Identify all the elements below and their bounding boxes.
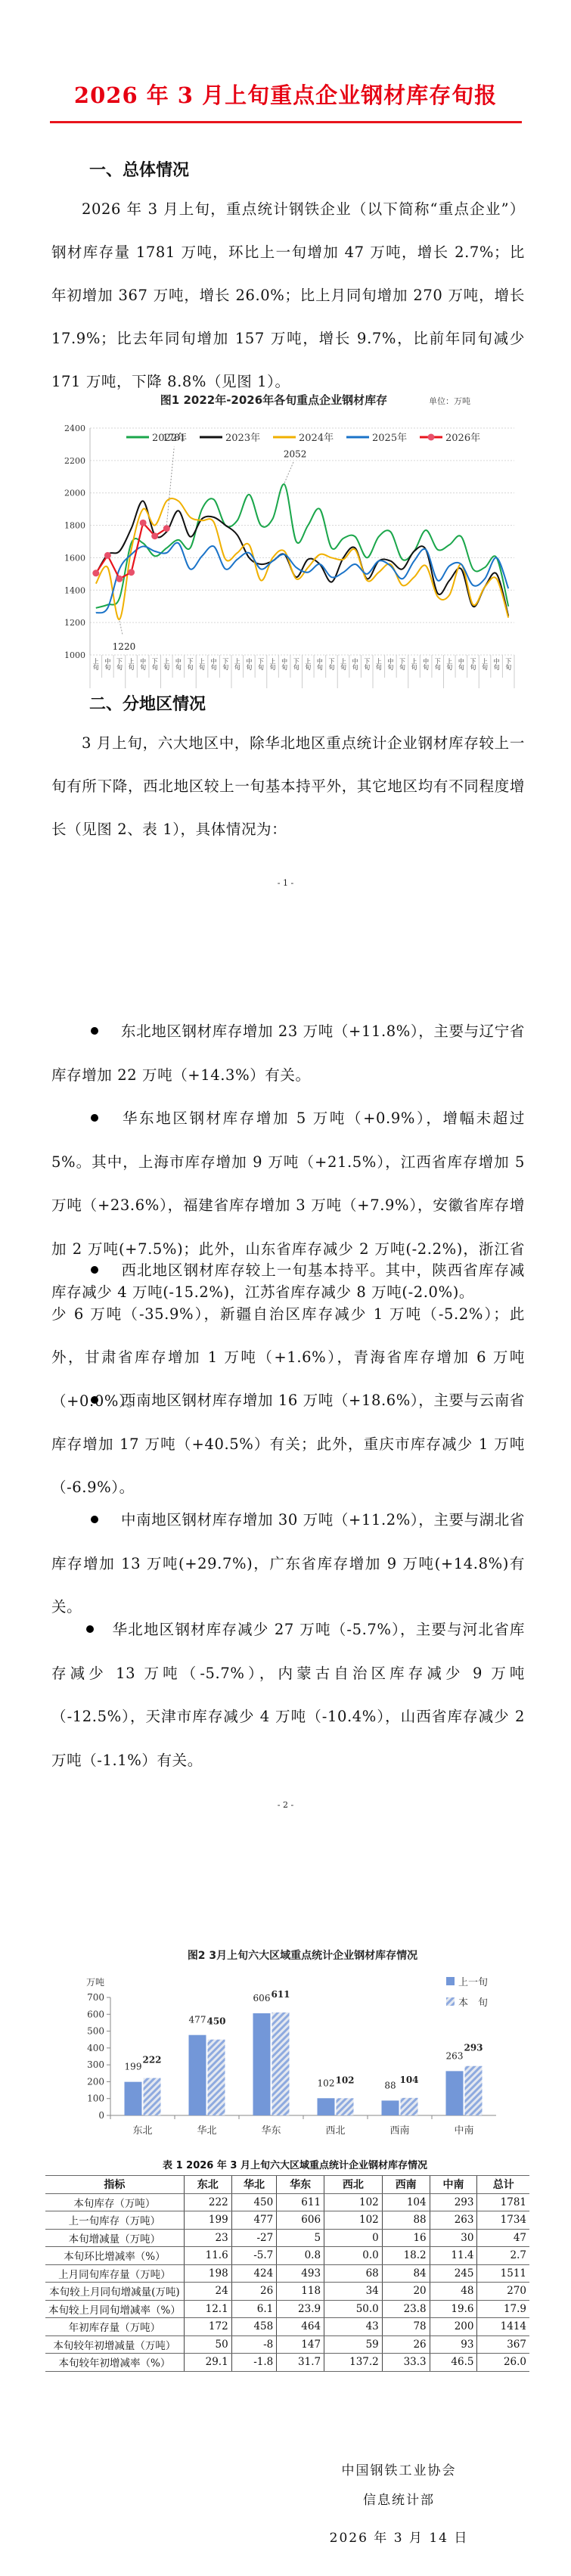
- x-sub-label: 上旬: [128, 657, 135, 670]
- x-sub-label: 下旬: [187, 658, 194, 670]
- table-cell: 12.1: [184, 2300, 231, 2318]
- table-cell: 93: [430, 2335, 477, 2354]
- y-tick-label: 200: [87, 2076, 104, 2087]
- y-tick-label: 1000: [64, 650, 85, 660]
- table-cell: 23.8: [382, 2300, 430, 2318]
- data-marker: [92, 570, 99, 576]
- x-sub-label: 上旬: [482, 657, 489, 670]
- annotation-label: 1220: [113, 641, 136, 652]
- section-heading-regional: 二、分地区情况: [89, 691, 206, 715]
- table-cell: 1781: [477, 2193, 529, 2211]
- table-cell: 50.0: [324, 2300, 383, 2318]
- table-cell: 31.7: [277, 2354, 324, 2372]
- table-cell: 611: [277, 2193, 324, 2211]
- figure-2-bar-chart: 图2 3月上旬六大区域重点统计企业钢材库存情况万吨010020030040050…: [76, 1944, 529, 2155]
- table-cell: 30: [430, 2229, 477, 2247]
- x-sub-label: 中旬: [175, 657, 182, 670]
- table-cell: 78: [382, 2318, 430, 2336]
- table-row: 本旬较上月同旬增减率（%）12.16.123.950.023.819.617.9: [45, 2300, 529, 2318]
- table-cell: 270: [477, 2283, 529, 2301]
- figure-1-line-chart: 图1 2022年-2026年各旬重点企业钢材库存单位：万吨10001200140…: [47, 371, 528, 688]
- table-cell: 19.6: [430, 2300, 477, 2318]
- table-cell: 26: [382, 2335, 430, 2354]
- table-row: 本旬环比增减率（%）11.6-5.70.80.018.211.42.7: [45, 2247, 529, 2265]
- x-sub-label: 中旬: [493, 657, 500, 670]
- table-header-row: 指标 东北 华北 华东 西北 西南 中南 总计: [45, 2176, 529, 2194]
- table-cell: 88: [382, 2211, 430, 2230]
- x-sub-label: 上旬: [92, 657, 99, 670]
- bar-previous: [446, 2071, 464, 2115]
- data-marker: [163, 525, 170, 532]
- y-tick-label: 100: [87, 2093, 104, 2104]
- bullet-northeast: 东北地区钢材库存增加 23 万吨（+11.8%），主要与辽宁省库存增加 22 万…: [51, 1010, 525, 1097]
- x-sub-label: 上旬: [411, 657, 417, 670]
- annotation-label: 2052: [284, 449, 307, 460]
- y-tick-label: 1200: [64, 618, 85, 628]
- bar-value-label: 611: [271, 1989, 290, 2000]
- row-label: 本旬较年初增减量（万吨）: [45, 2335, 184, 2354]
- bar-value-label: 450: [206, 2016, 225, 2027]
- table-cell: 26: [231, 2283, 277, 2301]
- bar-current: [208, 2040, 225, 2115]
- y-tick-label: 0: [98, 2110, 104, 2121]
- row-label: 上月同旬库存量（万吨）: [45, 2264, 184, 2283]
- bar-previous: [253, 2013, 271, 2115]
- unit-label: 单位：万吨: [429, 396, 470, 406]
- bullet-north: 华北地区钢材库存减少 27 万吨（-5.7%），主要与河北省库存减少 13 万吨…: [51, 1608, 525, 1782]
- bar-previous: [318, 2098, 335, 2115]
- col-header: 西南: [382, 2176, 430, 2194]
- table-cell: 606: [277, 2211, 324, 2230]
- bar-current: [337, 2098, 354, 2115]
- category-label: 中南: [454, 2124, 473, 2137]
- table-cell: 1511: [477, 2264, 529, 2283]
- table-row: 本旬较上月同旬增减量(万吨)2426118342048270: [45, 2283, 529, 2301]
- x-sub-label: 中旬: [316, 657, 323, 670]
- legend-label: 2022年: [152, 432, 187, 444]
- x-sub-label: 上旬: [269, 657, 276, 670]
- data-marker: [151, 532, 158, 539]
- table-cell: 102: [324, 2211, 383, 2230]
- x-sub-label: 下旬: [222, 658, 229, 670]
- table-cell: 118: [277, 2283, 324, 2301]
- signature-date: 2026 年 3 月 14 日: [227, 2527, 571, 2546]
- table-cell: -27: [231, 2229, 277, 2247]
- table-cell: 104: [382, 2193, 430, 2211]
- annotation-leader: [284, 462, 293, 483]
- table-cell: 34: [324, 2283, 383, 2301]
- x-sub-label: 上旬: [199, 657, 206, 670]
- table-row: 本旬较年初增减率（%）29.1-1.831.7137.233.346.526.0: [45, 2354, 529, 2372]
- table-cell: 477: [231, 2211, 277, 2230]
- category-label: 西北: [325, 2125, 345, 2137]
- signature-department: 信息统计部: [227, 2489, 571, 2508]
- col-header: 中南: [430, 2176, 477, 2194]
- table-cell: 198: [184, 2264, 231, 2283]
- x-sub-label: 下旬: [364, 658, 371, 670]
- bar-current: [465, 2066, 483, 2115]
- legend-label: 上一旬: [458, 1977, 488, 1988]
- y-tick-label: 2400: [64, 424, 85, 433]
- chart-title: 图1 2022年-2026年各旬重点企业钢材库存: [160, 393, 387, 407]
- signature-organization: 中国钢铁工业协会: [227, 2460, 571, 2478]
- bullet-icon: [91, 1114, 98, 1122]
- table-cell: 263: [430, 2211, 477, 2230]
- annotation-leader: [166, 447, 174, 526]
- category-label: 西南: [389, 2124, 409, 2137]
- table-cell: 102: [324, 2193, 383, 2211]
- x-sub-label: 上旬: [446, 657, 453, 670]
- bar-previous: [382, 2100, 399, 2115]
- table-cell: 137.2: [324, 2354, 383, 2372]
- table-cell: 33.3: [382, 2354, 430, 2372]
- regional-intro-paragraph: 3 月上旬，六大地区中，除华北地区重点统计企业钢材库存较上一旬有所下降，西北地区…: [51, 722, 525, 851]
- table-row: 上一旬库存（万吨）199477606102882631734: [45, 2211, 529, 2230]
- table-cell: 450: [231, 2193, 277, 2211]
- table-cell: 23: [184, 2229, 231, 2247]
- bar-current: [401, 2098, 418, 2115]
- x-sub-label: 下旬: [505, 658, 512, 670]
- row-label: 本旬库存（万吨）: [45, 2193, 184, 2211]
- y-tick-label: 2000: [64, 489, 85, 498]
- table-cell: -8: [231, 2335, 277, 2354]
- row-label: 本旬较年初增减率（%）: [45, 2354, 184, 2372]
- table-cell: 245: [430, 2264, 477, 2283]
- table-cell: 172: [184, 2318, 231, 2336]
- table-cell: 48: [430, 2283, 477, 2301]
- legend-swatch: [446, 1997, 455, 2006]
- table-cell: 11.6: [184, 2247, 231, 2265]
- col-header: 华北: [231, 2176, 277, 2194]
- bar-value-label: 477: [189, 2015, 206, 2025]
- table-cell: 0.0: [324, 2247, 383, 2265]
- y-tick-label: 700: [87, 1992, 104, 2003]
- x-sub-label: 下旬: [434, 658, 441, 670]
- y-tick-label: 1600: [64, 553, 85, 563]
- table-cell: 0.8: [277, 2247, 324, 2265]
- table-row: 年初库存量（万吨）17245846443782001414: [45, 2318, 529, 2336]
- x-sub-label: 上旬: [163, 657, 170, 670]
- table-cell: 17.9: [477, 2300, 529, 2318]
- table-cell: 147: [277, 2335, 324, 2354]
- bar-previous: [189, 2035, 206, 2115]
- series-line-2024: [96, 498, 508, 619]
- x-sub-label: 中旬: [423, 657, 430, 670]
- x-sub-label: 下旬: [257, 658, 264, 670]
- legend-label: 2024年: [299, 432, 334, 444]
- bullet-icon: [86, 1625, 94, 1633]
- x-sub-label: 下旬: [151, 658, 158, 670]
- table-row: 本旬增减量（万吨）23-2750163047: [45, 2229, 529, 2247]
- bar-value-label: 293: [464, 2043, 483, 2053]
- category-label: 华东: [261, 2124, 281, 2137]
- table-cell: 20: [382, 2283, 430, 2301]
- table-cell: 50: [184, 2335, 231, 2354]
- table-cell: 16: [382, 2229, 430, 2247]
- table-1-title: 表 1 2026 年 3 月上旬六大区域重点统计企业钢材库存情况: [61, 2157, 529, 2171]
- title-divider: [50, 121, 522, 123]
- bullet-icon: [91, 1027, 98, 1035]
- x-sub-label: 中旬: [352, 657, 358, 670]
- table-cell: 18.2: [382, 2247, 430, 2265]
- x-sub-label: 中旬: [246, 657, 253, 670]
- x-sub-label: 上旬: [305, 657, 312, 670]
- category-label: 华北: [197, 2124, 216, 2137]
- table-cell: 2.7: [477, 2247, 529, 2265]
- table-cell: 367: [477, 2335, 529, 2354]
- y-tick-label: 1400: [64, 585, 85, 595]
- x-sub-label: 中旬: [387, 657, 394, 670]
- table-cell: 458: [231, 2318, 277, 2336]
- category-label: 东北: [132, 2125, 152, 2137]
- legend-marker: [428, 434, 435, 441]
- x-sub-label: 中旬: [210, 657, 217, 670]
- x-sub-label: 下旬: [470, 658, 476, 670]
- x-sub-label: 上旬: [234, 657, 241, 670]
- table-cell: 1734: [477, 2211, 529, 2230]
- col-header: 东北: [184, 2176, 231, 2194]
- x-sub-label: 中旬: [104, 657, 111, 670]
- legend-label: 2026年: [445, 432, 480, 444]
- y-tick-label: 400: [87, 2043, 104, 2053]
- table-cell: 29.1: [184, 2354, 231, 2372]
- x-sub-label: 下旬: [328, 658, 335, 670]
- document-title: 2026 年 3 月上旬重点企业钢材库存旬报: [0, 79, 571, 110]
- col-header: 总计: [477, 2176, 529, 2194]
- bullet-southwest: 西南地区钢材库存增加 16 万吨（+18.6%），主要与云南省库存增加 17 万…: [51, 1379, 525, 1510]
- table-cell: 68: [324, 2264, 383, 2283]
- data-marker: [116, 576, 123, 582]
- x-sub-label: 中旬: [458, 657, 464, 670]
- y-tick-label: 300: [87, 2059, 104, 2070]
- legend-label: 2023年: [225, 432, 260, 444]
- series-line-2022: [96, 484, 508, 608]
- table-cell: 0: [324, 2229, 383, 2247]
- bar-current: [272, 2013, 290, 2115]
- legend-swatch: [446, 1977, 455, 1985]
- page-number-2: - 2 -: [0, 1800, 571, 1810]
- table-cell: 84: [382, 2264, 430, 2283]
- series-line-2025: [96, 543, 508, 613]
- y-tick-label: 500: [87, 2026, 104, 2037]
- bar-value-label: 88: [384, 2080, 396, 2090]
- legend-label: 2025年: [372, 432, 407, 444]
- row-label: 本旬较上月同旬增减率（%）: [45, 2300, 184, 2318]
- bullet-icon: [91, 1516, 98, 1523]
- col-header: 华东: [277, 2176, 324, 2194]
- section-heading-overall: 一、总体情况: [89, 157, 189, 181]
- row-label: 上一旬库存（万吨）: [45, 2211, 184, 2230]
- legend-label: 本 旬: [458, 1997, 488, 2009]
- table-row: 本旬库存（万吨）2224506111021042931781: [45, 2193, 529, 2211]
- x-sub-label: 上旬: [340, 657, 347, 670]
- table-cell: 1414: [477, 2318, 529, 2336]
- table-cell: 24: [184, 2283, 231, 2301]
- y-tick-label: 600: [87, 2009, 104, 2019]
- data-marker: [104, 552, 111, 559]
- bar-current: [144, 2078, 161, 2115]
- bar-value-label: 199: [125, 2062, 142, 2072]
- table-cell: 43: [324, 2318, 383, 2336]
- table-cell: 493: [277, 2264, 324, 2283]
- x-sub-label: 中旬: [281, 657, 288, 670]
- table-row: 上月同旬库存量（万吨）19842449368842451511: [45, 2264, 529, 2283]
- table-cell: 199: [184, 2211, 231, 2230]
- x-sub-label: 中旬: [140, 657, 147, 670]
- table-cell: 424: [231, 2264, 277, 2283]
- bar-value-label: 102: [318, 2078, 335, 2088]
- chart-title: 图2 3月上旬六大区域重点统计企业钢材库存情况: [188, 1949, 417, 1962]
- table-cell: 26.0: [477, 2354, 529, 2372]
- table-cell: 5: [277, 2229, 324, 2247]
- bullet-icon: [91, 1266, 98, 1274]
- table-cell: 59: [324, 2335, 383, 2354]
- x-sub-label: 下旬: [293, 658, 299, 670]
- x-sub-label: 上旬: [375, 657, 382, 670]
- table-cell: 11.4: [430, 2247, 477, 2265]
- y-tick-label: 2200: [64, 456, 85, 466]
- bar-value-label: 104: [399, 2075, 418, 2085]
- table-cell: 464: [277, 2318, 324, 2336]
- bar-value-label: 222: [142, 2055, 161, 2065]
- table-cell: -5.7: [231, 2247, 277, 2265]
- regional-inventory-table: 指标 东北 华北 华东 西北 西南 中南 总计 本旬库存（万吨）22245061…: [45, 2175, 529, 2372]
- col-header: 指标: [45, 2176, 184, 2194]
- col-header: 西北: [324, 2176, 383, 2194]
- data-marker: [140, 520, 147, 526]
- bullet-icon: [91, 1396, 98, 1404]
- table-cell: 23.9: [277, 2300, 324, 2318]
- row-label: 年初库存量（万吨）: [45, 2318, 184, 2336]
- x-sub-label: 下旬: [116, 658, 123, 670]
- table-cell: -1.8: [231, 2354, 277, 2372]
- row-label: 本旬增减量（万吨）: [45, 2229, 184, 2247]
- data-marker: [128, 569, 135, 576]
- row-label: 本旬环比增减率（%）: [45, 2247, 184, 2265]
- table-row: 本旬较年初增减量（万吨）50-8147592693367: [45, 2335, 529, 2354]
- bar-value-label: 263: [446, 2050, 464, 2061]
- table-cell: 200: [430, 2318, 477, 2336]
- x-sub-label: 下旬: [399, 658, 405, 670]
- table-cell: 293: [430, 2193, 477, 2211]
- bar-value-label: 102: [335, 2075, 354, 2085]
- page-number-1: - 1 -: [0, 878, 571, 888]
- row-label: 本旬较上月同旬增减量(万吨): [45, 2283, 184, 2301]
- table-cell: 222: [184, 2193, 231, 2211]
- table-cell: 6.1: [231, 2300, 277, 2318]
- bar-previous: [125, 2082, 142, 2115]
- bar-value-label: 606: [253, 1993, 271, 2003]
- table-cell: 46.5: [430, 2354, 477, 2372]
- table-cell: 47: [477, 2229, 529, 2247]
- y-axis-unit: 万吨: [86, 1976, 104, 1988]
- y-tick-label: 1800: [64, 521, 85, 531]
